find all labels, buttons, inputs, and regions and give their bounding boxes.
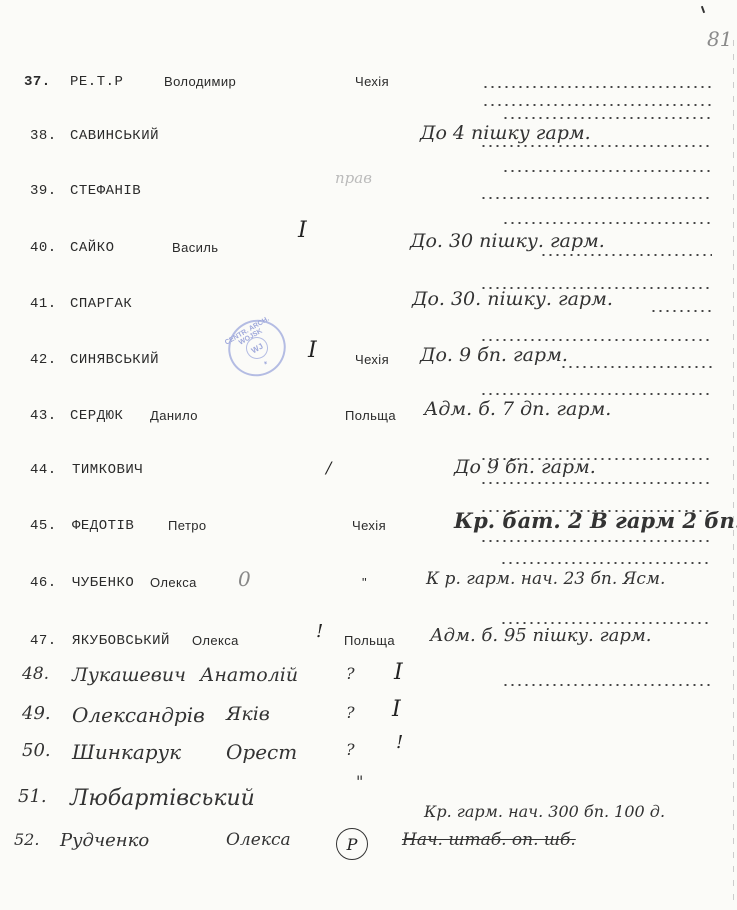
handwritten-note: До. 9 бп. гарм. [420,344,568,366]
roman-numeral-mark: I [394,660,403,685]
entry-number: 48. [22,664,49,684]
entry-number: 37. [24,74,51,90]
list-item: 41. СПАРГАК До. 30. пішку. гарм. [0,296,737,326]
tick-mark: ! [316,621,323,642]
roman-numeral-mark: I [392,697,401,722]
list-item: 48. Лукашевич Анатолій ? I [0,664,737,694]
handwritten-note: К р. гарм. нач. 23 бп. Ясм. [426,569,665,589]
entry-country: Чехія [352,518,386,533]
entry-given-name: Петро [168,518,207,533]
handwritten-note: До. 30. пішку. гарм. [412,288,613,310]
list-item: 40. САЙКО Василь I До. 30 пішку. гарм. [0,240,737,270]
entry-surname: Олександрів [72,703,205,727]
list-item: 39. СТЕФАНІВ прав [0,183,737,213]
entry-country: Польща [345,408,396,423]
archival-document-page: 81 37. РЕ.Т.Р Володимир Чехія 38. САВИНС… [0,0,737,910]
list-item: 37. РЕ.Т.Р Володимир Чехія [0,74,737,104]
dotted-line [480,393,712,395]
entry-surname: СПАРГАК [70,296,132,312]
list-item: 52. Рудченко Олекса Кр. гарм. нач. 300 б… [0,830,737,860]
dotted-line [480,339,712,341]
handwritten-note: Кр. гарм. нач. 300 бп. 100 д. [424,802,665,821]
entry-country: ? [346,703,355,722]
tick-mark: ! [396,732,403,753]
dotted-line [500,562,712,564]
faint-mark: 0 [238,567,251,591]
list-item: 45. ФЕДОТІВ Петро Чехія Кр. бат. 2 В гар… [0,518,737,548]
handwritten-note: До. 30 пішку. гарм. [410,230,605,252]
entry-number: 51. [18,786,47,807]
entry-country-ditto: " [362,575,367,590]
dotted-line [482,86,712,88]
entry-given-name: Василь [172,240,218,255]
entry-country: ? [346,664,355,683]
tick-mark: / [326,458,331,477]
entry-surname: ТИМКОВИЧ [72,462,143,478]
list-item: 38. САВИНСЬКИЙ До 4 пішку гарм. [0,128,737,158]
list-item: 44. ТИМКОВИЧ / До 9 бп. гарм. [0,462,737,492]
entry-surname: САЙКО [70,240,115,256]
entry-number: 41. [30,296,57,312]
handwritten-note: Адм. б. 95 пішку. гарм. [430,625,652,646]
entry-number: 49. [22,703,51,724]
list-item: 43. СЕРДЮК Данило Польща Адм. б. 7 дп. г… [0,408,737,438]
entry-given-name: Данило [150,408,198,423]
roman-numeral-mark: I [298,218,307,243]
entry-surname: Лукашевич [72,664,186,686]
entry-given-name: Анатолій [200,664,298,686]
handwritten-note: Адм. б. 7 дп. гарм. [424,398,611,420]
dotted-line [482,104,712,106]
entry-number: 46. [30,575,57,591]
dotted-line [540,254,712,256]
list-item: 42. СИНЯВСЬКИЙ I Чехія До. 9 бп. гарм. [0,352,737,382]
entry-given-name: Олекса [226,830,291,850]
entry-number: 43. [30,408,57,424]
entry-surname: Любартівський [70,786,255,811]
handwritten-note: Кр. бат. 2 В гарм 2 бп. [454,508,737,533]
dotted-line [560,366,712,368]
entry-number: 45. [30,518,57,534]
entry-given-name: Олекса [150,575,197,590]
roman-numeral-mark: I [308,338,317,363]
dotted-line [650,310,712,312]
dotted-line [480,197,712,199]
entry-number: 39. [30,183,57,199]
entry-surname: Рудченко [60,830,149,851]
entry-surname: СЕРДЮК [70,408,123,424]
entry-country: Чехія [355,74,389,89]
entry-country-ditto: " [356,772,363,791]
page-number: 81 [707,27,732,51]
handwritten-note: До 4 пішку гарм. [420,122,591,144]
entry-number: 44. [30,462,57,478]
dotted-line [502,117,712,119]
entry-surname: ЯКУБОВСЬКИЙ [72,633,170,649]
list-item: 50. Шинкарук Орест ? ! [0,740,737,770]
entry-surname: ЧУБЕНКО [72,575,134,591]
entry-surname: СИНЯВСЬКИЙ [70,352,159,368]
circled-letter-mark: Р [336,828,368,860]
dotted-line [502,170,712,172]
handwritten-note: До 9 бп. гарм. [454,456,596,478]
entry-number: 47. [30,633,57,649]
dotted-line [480,540,712,542]
entry-country: Польща [344,633,395,648]
dotted-line [502,222,712,224]
list-item: 49. Олександрів Яків ? I [0,703,737,733]
entry-number: 52. [14,830,39,849]
entry-surname: РЕ.Т.Р [70,74,123,90]
entry-surname: СТЕФАНІВ [70,183,141,199]
entry-number: 40. [30,240,57,256]
dotted-line [480,482,712,484]
faint-handwriting: прав [335,169,372,187]
dotted-line [502,684,714,686]
entry-surname: САВИНСЬКИЙ [70,128,159,144]
struck-through-note: Нач. штаб. оп. шб. [402,830,576,850]
list-item: 47. ЯКУБОВСЬКИЙ Олекса ! Польща Адм. б. … [0,633,737,663]
entry-given-name: Володимир [164,74,236,89]
pencil-tick-mark [701,6,705,13]
entry-number: 42. [30,352,57,368]
entry-country: ? [346,740,355,759]
entry-surname: ФЕДОТІВ [72,518,134,534]
list-item: 46. ЧУБЕНКО Олекса 0 " К р. гарм. нач. 2… [0,575,737,605]
entry-given-name: Яків [226,703,270,725]
entry-given-name: Орест [226,740,297,764]
entry-number: 50. [22,740,51,761]
entry-given-name: Олекса [192,633,239,648]
entry-number: 38. [30,128,57,144]
entry-surname: Шинкарук [72,740,181,764]
dotted-line [500,622,712,624]
dotted-line [480,145,712,147]
entry-country: Чехія [355,352,389,367]
